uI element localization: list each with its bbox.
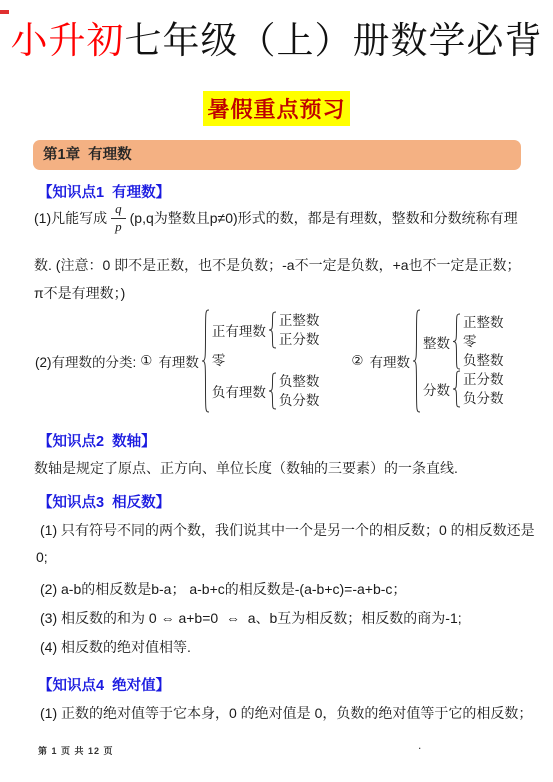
- kp1-paragraph-line2: 数. (注意：0 即不是正数，也不是负数；-a不一定是负数，+a也不一定是正数；: [34, 255, 521, 275]
- chapter-banner: 第1章 有理数: [33, 140, 521, 170]
- fraction-denominator: p: [115, 219, 122, 235]
- tree1-branch-negative-label: 负有理数: [212, 381, 266, 401]
- page-title-red-part: 小升初: [11, 21, 125, 62]
- page-title-black-part: 七年级（上）册数学必背: [125, 21, 543, 62]
- heading-knowledge-point-4: 【知识点4 绝对值】: [38, 674, 170, 695]
- tree2-root: 有理数: [369, 351, 410, 371]
- tree2-branch-integers: 整数 正整数 零 负整数: [423, 313, 504, 370]
- tree-leaf: 负整数: [463, 351, 504, 370]
- tree2-fractions-brace: [452, 370, 461, 408]
- tree2-branch-fractions: 分数 正分数 负分数: [423, 370, 504, 408]
- kp3-item4: (4) 相反数的绝对值相等.: [40, 637, 191, 657]
- tree2-fractions-label: 分数: [423, 379, 450, 399]
- heading-knowledge-point-2: 【知识点2 数轴】: [38, 430, 156, 451]
- tree1-branch-positive-label: 正有理数: [212, 320, 266, 340]
- kp3-item1-line2: 0;: [36, 549, 48, 565]
- tree2-branches: 整数 正整数 零 负整数 分数 正分数 负分数: [423, 313, 504, 408]
- heading-knowledge-point-1: 【知识点1 有理数】: [38, 181, 170, 202]
- tree-leaf: 零: [463, 332, 504, 351]
- subtitle-highlight: 暑假重点预习: [203, 91, 349, 126]
- tree1-negative-brace: [268, 372, 277, 410]
- fraction-numerator: q: [111, 202, 126, 219]
- kp3-item2: (2) a-b的相反数是b-a； a-b+c的相反数是-(a-b+c)=-a+b…: [40, 579, 406, 599]
- tree1-positive-brace: [268, 311, 277, 349]
- tree1-root: 有理数: [158, 351, 199, 371]
- tree1-branch-negative: 负有理数 负整数 负分数: [212, 372, 320, 410]
- red-edge-mark: [0, 10, 9, 14]
- tree2-integers-brace: [452, 313, 461, 370]
- tree-leaf: 正分数: [279, 330, 320, 349]
- tree-leaf: 负分数: [463, 389, 504, 408]
- kp2-body: 数轴是规定了原点、正方向、单位长度（数轴的三要素）的一条直线.: [34, 458, 458, 478]
- tree-leaf: 正整数: [279, 311, 320, 330]
- tree-leaf: 正分数: [463, 370, 504, 389]
- page-footer: 第 1 页 共 12 页: [38, 744, 114, 757]
- tree2-outer-brace: [412, 309, 421, 413]
- stray-dot: .: [418, 738, 421, 752]
- tree2-integers-label: 整数: [423, 332, 450, 352]
- classification-label: (2)有理数的分类:: [35, 351, 136, 371]
- kp1-paragraph-line3: π不是有理数；): [34, 283, 125, 303]
- tree2-fractions-leaves: 正分数 负分数: [463, 370, 504, 408]
- page-title: 小升初七年级（上）册数学必背: [0, 20, 553, 64]
- tree-leaf: 负整数: [279, 372, 320, 391]
- subtitle-row: 暑假重点预习: [0, 91, 553, 126]
- kp1-paragraph-line1: (1)凡能写成 q p (p,q为整数且p≠0)形式的数，都是有理数，整数和分数…: [34, 202, 518, 235]
- kp1-line1-pre: (1)凡能写成: [34, 208, 107, 228]
- kp3-item3: (3) 相反数的和为 0 ⇔ a+b=0 ⇔ a、b互为相反数；相反数的商为-1…: [40, 608, 462, 628]
- tree1-positive-leaves: 正整数 正分数: [279, 311, 320, 349]
- circled-number-1: ①: [140, 353, 152, 369]
- tree2-integers-leaves: 正整数 零 负整数: [463, 313, 504, 370]
- tree-leaf: 正整数: [463, 313, 504, 332]
- tree1-branch-zero: 零: [212, 351, 320, 370]
- kp1-line1-post: (p,q为整数且p≠0)形式的数，都是有理数，整数和分数统称有理: [130, 208, 518, 228]
- tree1-branches: 正有理数 正整数 正分数 零 负有理数 负整数 负分数: [212, 311, 320, 410]
- tree1-negative-leaves: 负整数 负分数: [279, 372, 320, 410]
- document-page: 小升初七年级（上）册数学必背 暑假重点预习 第1章 有理数 【知识点1 有理数】…: [0, 0, 553, 782]
- kp3-item1-line1: (1) 只有符号不同的两个数，我们说其中一个是另一个的相反数；0 的相反数还是: [40, 520, 535, 540]
- kp4-item1: (1) 正数的绝对值等于它本身，0 的绝对值是 0，负数的绝对值等于它的相反数；: [40, 703, 532, 723]
- tree1-outer-brace: [201, 309, 210, 413]
- fraction-q-over-p: q p: [111, 202, 126, 235]
- tree1-branch-positive: 正有理数 正整数 正分数: [212, 311, 320, 349]
- circled-number-2: ②: [351, 353, 363, 369]
- heading-knowledge-point-3: 【知识点3 相反数】: [38, 491, 170, 512]
- tree-leaf: 负分数: [279, 391, 320, 410]
- tree2: ② 有理数 整数 正整数 零 负整数 分数 正分数: [347, 309, 503, 413]
- classification-diagram: (2)有理数的分类: ① 有理数 正有理数 正整数 正分数 零 负有理数 负整数…: [35, 303, 503, 418]
